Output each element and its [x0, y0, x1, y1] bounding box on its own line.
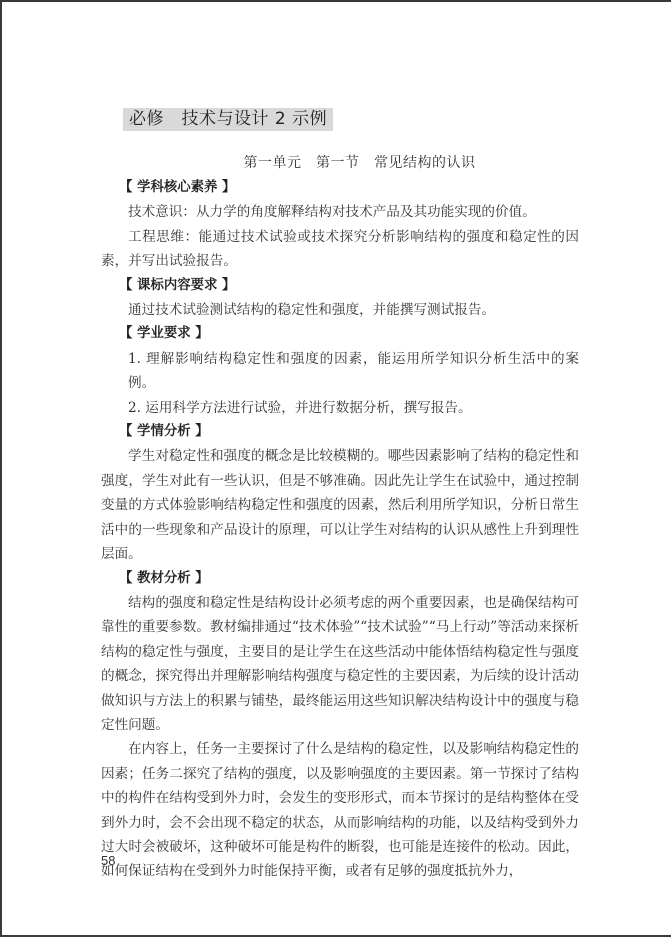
- paragraph-tech-awareness: 技术意识：从力学的角度解释结构对技术产品及其功能实现的价值。: [101, 200, 579, 224]
- heading-core-literacy: 【 学科核心素养 】: [101, 176, 579, 200]
- chapter-header-band: 必修 技术与设计 2 示例: [123, 108, 333, 131]
- page-content: 【 学科核心素养 】 技术意识：从力学的角度解释结构对技术产品及其功能实现的价值…: [101, 176, 579, 884]
- heading-curriculum-requirements: 【 课标内容要求 】: [101, 274, 579, 298]
- document-page: 必修 技术与设计 2 示例 第一单元 第一节 常见结构的认识 【 学科核心素养 …: [0, 0, 671, 937]
- paragraph-engineering-thinking: 工程思维：能通过技术试验或技术探究分析影响结构的强度和稳定性的因素，并写出试验报…: [101, 225, 579, 274]
- page-number: 58: [101, 853, 115, 868]
- list-item-academic-2: 2. 运用科学方法进行试验，并进行数据分析，撰写报告。: [101, 396, 579, 420]
- heading-student-analysis: 【 学情分析 】: [101, 420, 579, 444]
- paragraph-textbook-analysis-1: 结构的强度和稳定性是结构设计必须考虑的两个重要因素，也是确保结构可靠性的重要参数…: [101, 591, 579, 737]
- heading-academic-requirements: 【 学业要求 】: [101, 322, 579, 346]
- paragraph-curriculum: 通过技术试验测试结构的稳定性和强度，并能撰写测试报告。: [101, 298, 579, 322]
- heading-textbook-analysis: 【 教材分析 】: [101, 567, 579, 591]
- list-item-academic-1: 1. 理解影响结构稳定性和强度的因素，能运用所学知识分析生活中的案例。: [101, 347, 579, 396]
- section-title: 第一单元 第一节 常见结构的认识: [2, 152, 671, 172]
- paragraph-student-analysis: 学生对稳定性和强度的概念是比较模糊的。哪些因素影响了结构的稳定性和强度，学生对此…: [101, 444, 579, 566]
- paragraph-textbook-analysis-2: 在内容上，任务一主要探讨了什么是结构的稳定性，以及影响结构稳定性的因素；任务二探…: [101, 737, 579, 883]
